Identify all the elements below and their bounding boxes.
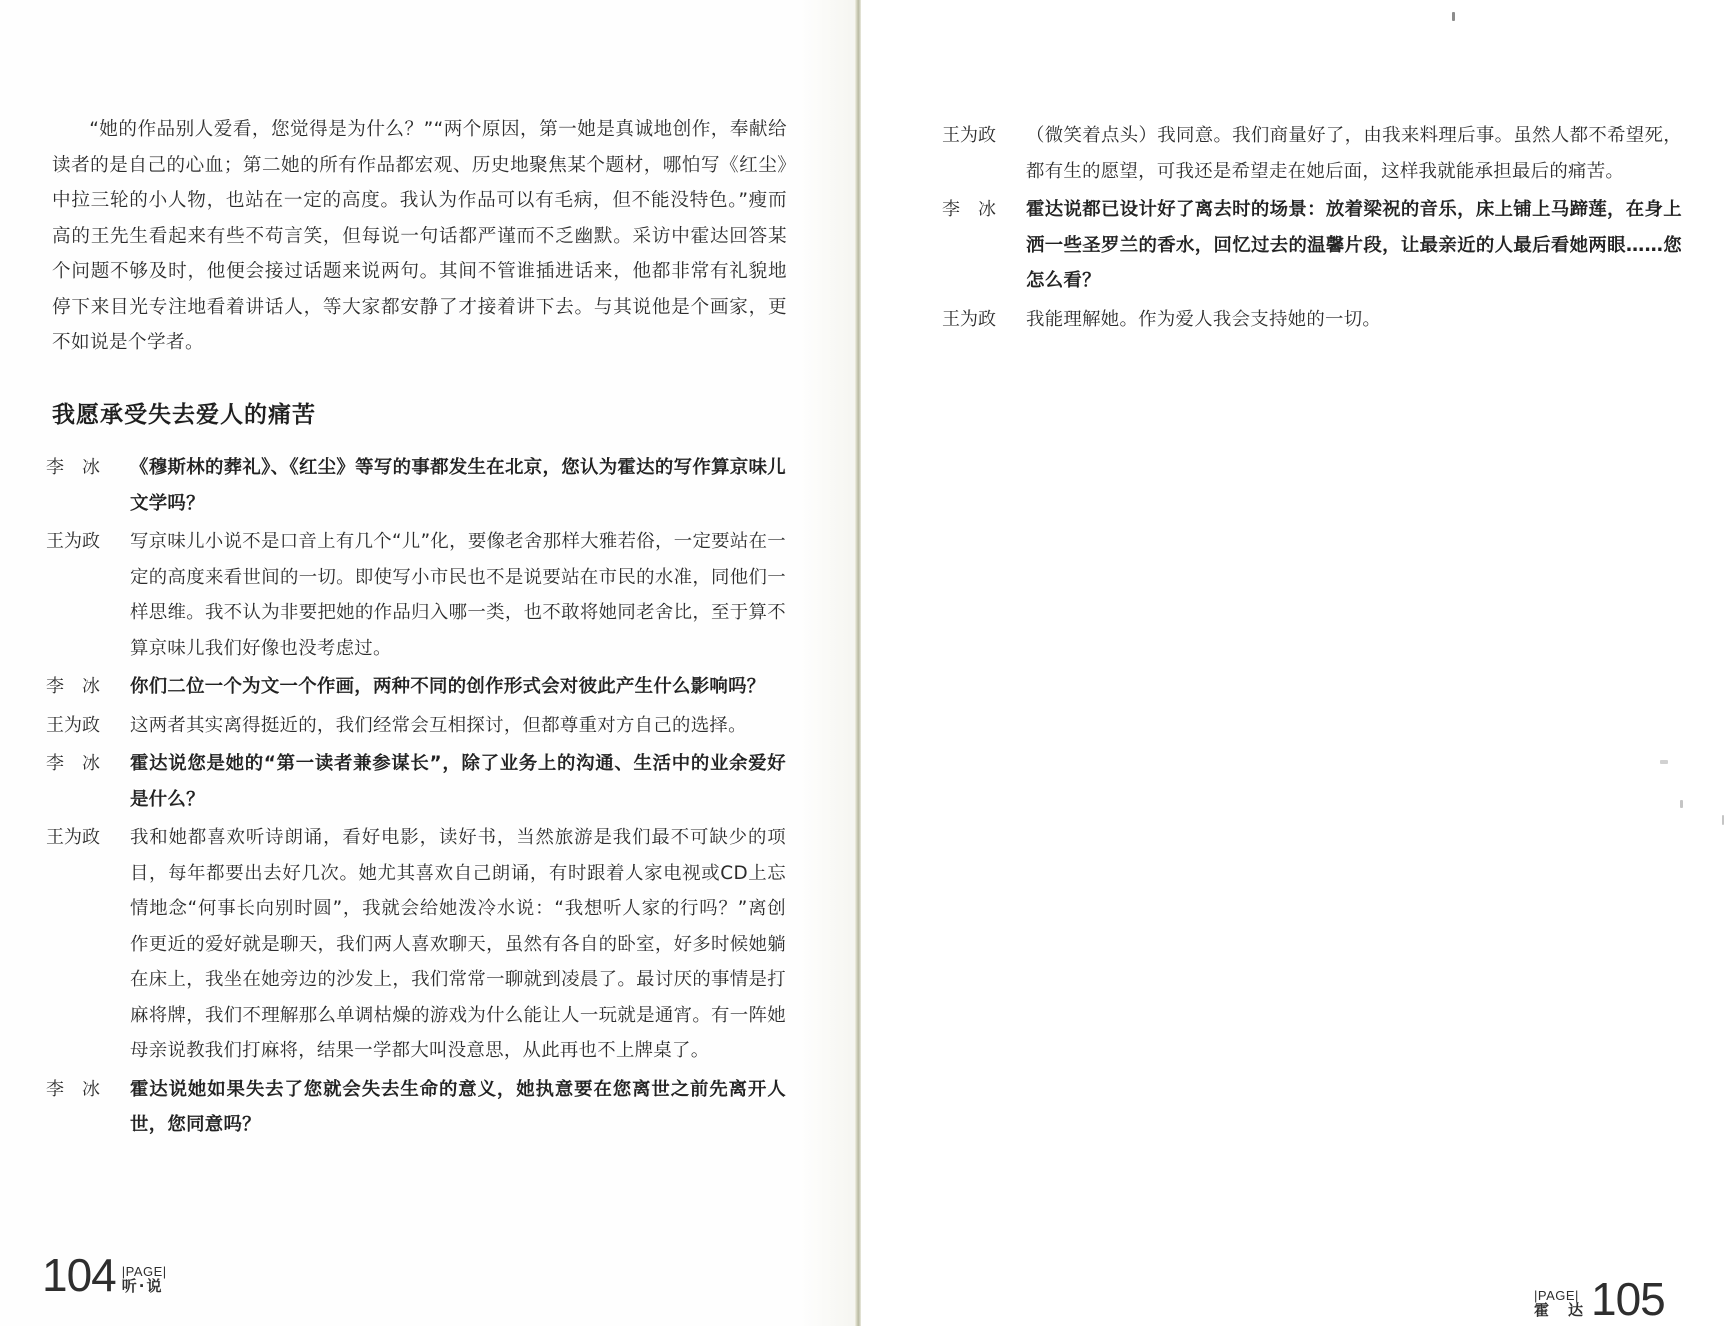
speaker-name: 李 冰 xyxy=(46,450,130,486)
speaker-name: 王为政 xyxy=(46,524,130,560)
speaker-name: 王为政 xyxy=(46,708,130,744)
speaker-name: 王为政 xyxy=(942,302,1026,338)
scan-speck xyxy=(1722,815,1724,825)
scan-speck xyxy=(1660,760,1668,764)
speaker-name: 李 冰 xyxy=(46,669,130,705)
dialogue-turn: 王为政 这两者其实离得挺近的，我们经常会互相探讨，但都尊重对方自己的选择。 xyxy=(46,708,786,744)
speaker-name: 李 冰 xyxy=(46,1072,130,1108)
folio-meta: |PAGE| 霍 达 xyxy=(1534,1288,1585,1318)
section-title: 我愿承受失去爱人的痛苦 xyxy=(52,396,316,429)
dialogue-turn: 李 冰 霍达说都已设计好了离去时的场景：放着梁祝的音乐，床上铺上马蹄莲，在身上洒… xyxy=(942,192,1682,299)
dialogue-turn: 王为政 （微笑着点头）我同意。我们商量好了，由我来料理后事。虽然人都不希望死，都… xyxy=(942,118,1682,189)
speaker-name: 李 冰 xyxy=(46,746,130,782)
right-dialogue: 王为政 （微笑着点头）我同意。我们商量好了，由我来料理后事。虽然人都不希望死，都… xyxy=(942,118,1682,340)
dialogue-turn: 李 冰 《穆斯林的葬礼》、《红尘》等写的事都发生在北京，您认为霍达的写作算京味儿… xyxy=(46,450,786,521)
speaker-name: 王为政 xyxy=(942,118,1026,154)
speech-text: 《穆斯林的葬礼》、《红尘》等写的事都发生在北京，您认为霍达的写作算京味儿文学吗？ xyxy=(130,450,786,521)
speech-text: 写京味儿小说不是口音上有几个“儿”化，要像老舍那样大雅若俗，一定要站在一定的高度… xyxy=(130,524,786,666)
page-folio-left: 104 |PAGE| 听·说 xyxy=(42,1252,173,1298)
speech-text: 我和她都喜欢听诗朗诵，看好电影，读好书，当然旅游是我们最不可缺少的项目，每年都要… xyxy=(130,820,786,1069)
section-label: 霍 达 xyxy=(1534,1303,1585,1318)
dialogue-turn: 王为政 写京味儿小说不是口音上有几个“儿”化，要像老舍那样大雅若俗，一定要站在一… xyxy=(46,524,786,666)
scan-speck xyxy=(1452,12,1455,21)
dialogue-turn: 王为政 我能理解她。作为爱人我会支持她的一切。 xyxy=(942,302,1682,338)
speaker-name: 李 冰 xyxy=(942,192,1026,228)
speech-text: 霍达说都已设计好了离去时的场景：放着梁祝的音乐，床上铺上马蹄莲，在身上洒一些圣罗… xyxy=(1026,192,1682,299)
dialogue-turn: 李 冰 霍达说您是她的“第一读者兼参谋长”，除了业务上的沟通、生活中的业余爱好是… xyxy=(46,746,786,817)
dialogue-turn: 李 冰 霍达说她如果失去了您就会失去生命的意义，她执意要在您离世之前先离开人世，… xyxy=(46,1072,786,1143)
gutter-shadow xyxy=(800,0,855,1326)
section-label: 听·说 xyxy=(122,1279,167,1294)
intro-paragraph: “她的作品别人爱看，您觉得是为什么？”“两个原因，第一她是真诚地创作，奉献给读者… xyxy=(52,112,787,361)
folio-meta: |PAGE| 听·说 xyxy=(122,1264,167,1294)
speech-text: 这两者其实离得挺近的，我们经常会互相探讨，但都尊重对方自己的选择。 xyxy=(130,708,786,744)
speech-text: 霍达说她如果失去了您就会失去生命的意义，她执意要在您离世之前先离开人世，您同意吗… xyxy=(130,1072,786,1143)
book-gutter xyxy=(855,0,861,1326)
left-page: “她的作品别人爱看，您觉得是为什么？”“两个原因，第一她是真诚地创作，奉献给读者… xyxy=(0,0,858,1326)
page-number: 104 xyxy=(42,1252,116,1298)
scan-speck xyxy=(1680,800,1683,808)
left-dialogue: 李 冰 《穆斯林的葬礼》、《红尘》等写的事都发生在北京，您认为霍达的写作算京味儿… xyxy=(46,450,786,1146)
dialogue-turn: 李 冰 你们二位一个为文一个作画，两种不同的创作形式会对彼此产生什么影响吗？ xyxy=(46,669,786,705)
speech-text: 我能理解她。作为爱人我会支持她的一切。 xyxy=(1026,302,1682,338)
speaker-name: 王为政 xyxy=(46,820,130,856)
speech-text: 霍达说您是她的“第一读者兼参谋长”，除了业务上的沟通、生活中的业余爱好是什么？ xyxy=(130,746,786,817)
speech-text: （微笑着点头）我同意。我们商量好了，由我来料理后事。虽然人都不希望死，都有生的愿… xyxy=(1026,118,1682,189)
page-folio-right: |PAGE| 霍 达 105 xyxy=(1528,1276,1665,1322)
speech-text: 你们二位一个为文一个作画，两种不同的创作形式会对彼此产生什么影响吗？ xyxy=(130,669,786,705)
dialogue-turn: 王为政 我和她都喜欢听诗朗诵，看好电影，读好书，当然旅游是我们最不可缺少的项目，… xyxy=(46,820,786,1069)
page-number: 105 xyxy=(1591,1276,1665,1322)
